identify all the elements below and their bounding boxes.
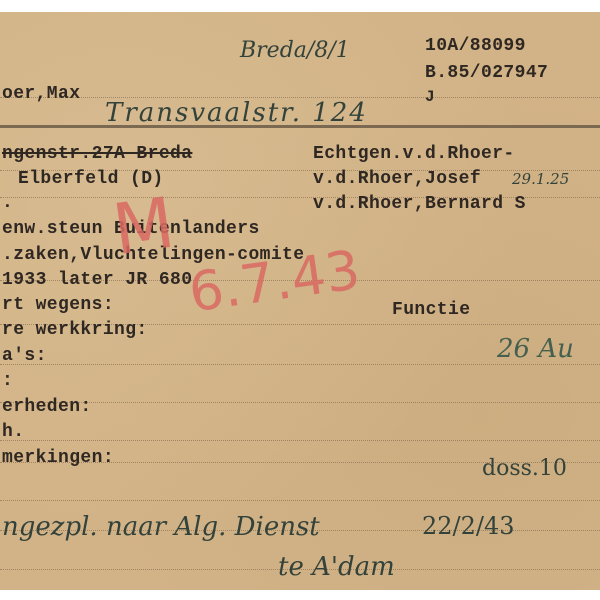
handwritten-date-26: 26 Au <box>497 334 574 364</box>
person-name: oer,Max <box>2 84 80 104</box>
child-birth-date: 29.1.25 <box>512 170 569 188</box>
handwritten-location: Breda/8/1 <box>240 38 350 63</box>
dotted-line <box>0 364 600 365</box>
handwritten-address: Transvaalstr. 124 <box>105 98 368 128</box>
spouse-entry: Echtgen.v.d.Rhoer- <box>313 144 515 164</box>
child-entry-josef: v.d.Rhoer,Josef <box>313 169 481 189</box>
handwritten-city: te A'dam <box>278 552 395 582</box>
label-reason: rt wegens: <box>2 295 114 315</box>
dotted-line <box>0 500 600 501</box>
handwritten-transfer-note: ngezpl. naar Alg. Dienst <box>2 512 320 542</box>
registration-card: Breda/8/1 10A/88099 B.85/027947 J oer,Ma… <box>0 12 600 590</box>
red-initials: M <box>108 182 179 272</box>
reference-letter: J <box>425 88 435 106</box>
dossier-number: doss.10 <box>482 456 567 481</box>
label-particulars: erheden: <box>2 397 92 417</box>
label-function: Functie <box>392 300 470 320</box>
struck-address: ngenstr.27A Breda <box>2 144 192 164</box>
handwritten-transfer-date: 22/2/43 <box>422 512 515 540</box>
label-remarks: merkingen: <box>2 448 114 468</box>
reference-number-1: 10A/88099 <box>425 36 526 56</box>
label-blank: : <box>2 371 13 391</box>
reference-number-2: B.85/027947 <box>425 63 548 83</box>
label-h: h. <box>2 422 24 442</box>
dotted-line <box>0 440 600 441</box>
label-workplace: re werkkring: <box>2 320 148 340</box>
child-entry-bernard: v.d.Rhoer,Bernard S <box>313 194 526 214</box>
label-visas: a's: <box>2 346 47 366</box>
line-year: 1933 later JR 680 <box>2 270 192 290</box>
dot-marker: . <box>2 193 13 213</box>
